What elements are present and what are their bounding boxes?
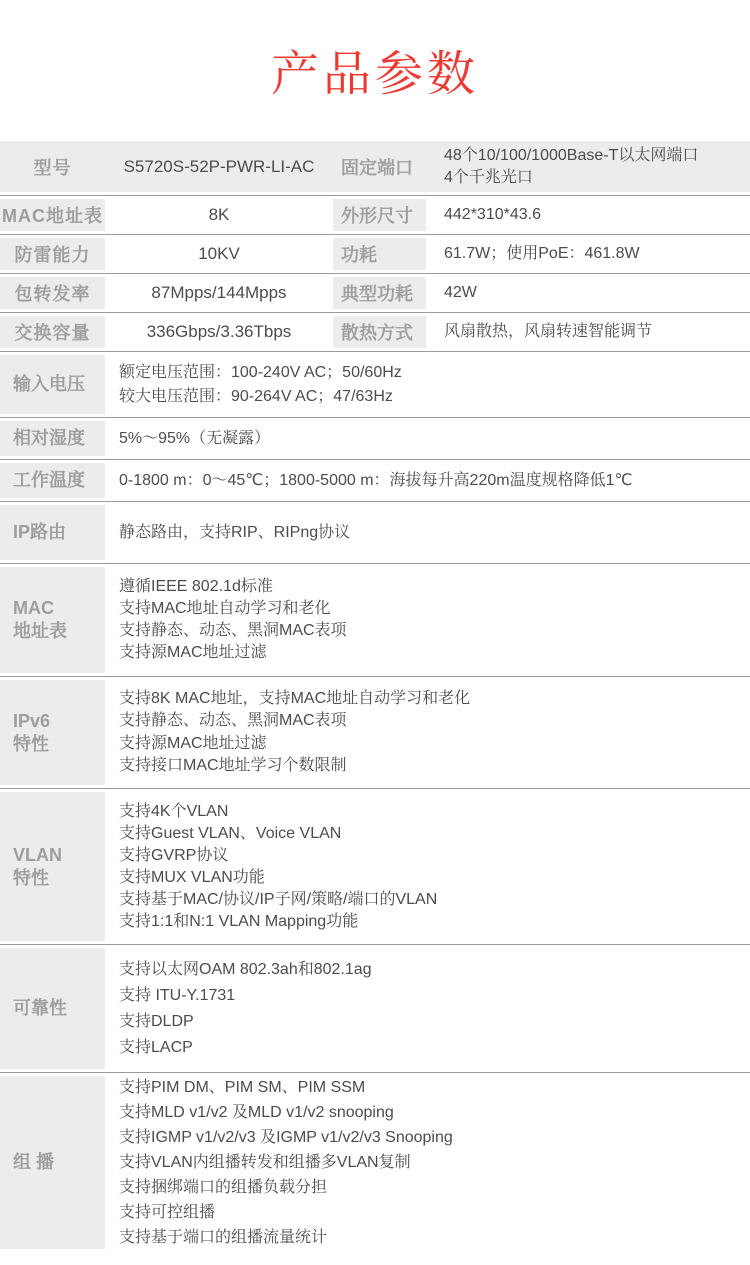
spec-label: 固定端口	[333, 138, 426, 195]
spec-label: 工作温度	[0, 460, 105, 501]
text-line: 5%～95%（无凝露）	[119, 427, 750, 451]
spec-label: 防雷能力	[0, 235, 105, 273]
text-line: 支持基于MAC/协议/IP子网/策略/端口的VLAN	[119, 889, 750, 911]
spec-value: 风扇散热，风扇转速智能调节	[426, 313, 750, 351]
text-line: 支持PIM DM、PIM SM、PIM SSM	[119, 1075, 750, 1100]
text-line: 支持 ITU-Y.1731	[119, 983, 750, 1009]
spec-section: 工作温度 0-1800 m：0～45℃；1800-5000 m：海拔每升高220…	[0, 459, 750, 501]
text-line: MAC	[13, 597, 105, 620]
spec-value: 61.7W；使用PoE：461.8W	[426, 235, 750, 273]
text-line: IPv6	[13, 710, 105, 733]
text-line: VLAN	[13, 844, 105, 867]
spec-label: 典型功耗	[333, 274, 426, 312]
text-line: 地址表	[13, 620, 105, 643]
spec-value: 遵循IEEE 802.1d标准支持MAC地址自动学习和老化支持静态、动态、黑洞M…	[105, 564, 750, 676]
text-line: 支持GVRP协议	[119, 845, 750, 867]
text-line: 支持以太网OAM 802.3ah和802.1ag	[119, 957, 750, 983]
spec-section: MAC地址表 遵循IEEE 802.1d标准支持MAC地址自动学习和老化支持静态…	[0, 563, 750, 676]
spec-row: MAC地址表 8K 外形尺寸 442*310*43.6	[0, 195, 750, 234]
spec-section: 可靠性 支持以太网OAM 802.3ah和802.1ag支持 ITU-Y.173…	[0, 944, 750, 1072]
spec-section: IP路由 静态路由，支持RIP、RIPng协议	[0, 501, 750, 563]
spec-value: 支持PIM DM、PIM SM、PIM SSM支持MLD v1/v2 及MLD …	[105, 1073, 750, 1252]
spec-section: 相对湿度 5%～95%（无凝露）	[0, 417, 750, 459]
spec-label: VLAN特性	[0, 789, 105, 944]
spec-label: 输入电压	[0, 352, 105, 417]
text-line: 支持MAC地址自动学习和老化	[119, 598, 750, 620]
text-line: 442*310*43.6	[444, 204, 750, 226]
text-line: 特性	[13, 733, 105, 756]
spec-row: 防雷能力 10KV 功耗 61.7W；使用PoE：461.8W	[0, 234, 750, 273]
spec-label: 交换容量	[0, 313, 105, 351]
text-line: 支持DLDP	[119, 1009, 750, 1035]
text-line: 支持Guest VLAN、Voice VLAN	[119, 823, 750, 845]
spec-row: 包转发率 87Mpps/144Mpps 典型功耗 42W	[0, 273, 750, 312]
spec-value: 额定电压范围：100-240V AC；50/60Hz较大电压范围：90-264V…	[105, 352, 750, 417]
text-line: 支持LACP	[119, 1035, 750, 1061]
text-line: 支持静态、动态、黑洞MAC表项	[119, 620, 750, 642]
text-line: 支持1:1和N:1 VLAN Mapping功能	[119, 911, 750, 933]
text-line: IP路由	[13, 521, 105, 544]
text-line: 静态路由，支持RIP、RIPng协议	[119, 521, 750, 545]
text-line: 特性	[13, 867, 105, 890]
spec-row: 交换容量 336Gbps/3.36Tbps 散热方式 风扇散热，风扇转速智能调节	[0, 312, 750, 351]
spec-value: S5720S-52P-PWR-LI-AC	[105, 138, 333, 195]
spec-value: 87Mpps/144Mpps	[105, 274, 333, 312]
spec-value: 10KV	[105, 235, 333, 273]
text-line: 0-1800 m：0～45℃；1800-5000 m：海拔每升高220m温度规格…	[119, 469, 750, 493]
spec-section: 组 播 支持PIM DM、PIM SM、PIM SSM支持MLD v1/v2 及…	[0, 1072, 750, 1252]
text-line: 组 播	[13, 1151, 105, 1174]
spec-value: 336Gbps/3.36Tbps	[105, 313, 333, 351]
spec-label: 外形尺寸	[333, 196, 426, 234]
page-title: 产品参数	[271, 35, 479, 104]
text-line: 支持可控组播	[119, 1200, 750, 1225]
spec-value: 8K	[105, 196, 333, 234]
spec-value: 42W	[426, 274, 750, 312]
spec-label: 可靠性	[0, 945, 105, 1072]
spec-section: VLAN特性 支持4K个VLAN支持Guest VLAN、Voice VLAN支…	[0, 788, 750, 944]
text-line: 42W	[444, 282, 750, 304]
text-line: 支持IGMP v1/v2/v3 及IGMP v1/v2/v3 Snooping	[119, 1125, 750, 1150]
spec-value: 442*310*43.6	[426, 196, 750, 234]
text-line: 相对湿度	[13, 427, 105, 450]
text-line: 较大电压范围：90-264V AC；47/63Hz	[119, 385, 750, 409]
spec-table: 型号 S5720S-52P-PWR-LI-AC 固定端口 48个10/100/1…	[0, 138, 750, 1252]
spec-label: IPv6特性	[0, 677, 105, 788]
text-line: 支持4K个VLAN	[119, 801, 750, 823]
spec-label: 组 播	[0, 1073, 105, 1252]
spec-label: 包转发率	[0, 274, 105, 312]
spec-section: 输入电压 额定电压范围：100-240V AC；50/60Hz较大电压范围：90…	[0, 351, 750, 417]
spec-value: 0-1800 m：0～45℃；1800-5000 m：海拔每升高220m温度规格…	[105, 460, 750, 501]
text-line: 支持捆绑端口的组播负载分担	[119, 1175, 750, 1200]
text-line: 风扇散热，风扇转速智能调节	[444, 321, 750, 343]
text-line: 支持MUX VLAN功能	[119, 867, 750, 889]
spec-value: 支持8K MAC地址，支持MAC地址自动学习和老化支持静态、动态、黑洞MAC表项…	[105, 677, 750, 788]
text-line: 支持MLD v1/v2 及MLD v1/v2 snooping	[119, 1100, 750, 1125]
text-line: 支持VLAN内组播转发和组播多VLAN复制	[119, 1150, 750, 1175]
text-line: 支持8K MAC地址，支持MAC地址自动学习和老化	[119, 688, 750, 711]
spec-value: 静态路由，支持RIP、RIPng协议	[105, 502, 750, 563]
spec-value: 5%～95%（无凝露）	[105, 418, 750, 459]
spec-label: IP路由	[0, 502, 105, 563]
text-line: 支持接口MAC地址学习个数限制	[119, 755, 750, 778]
text-line: 支持源MAC地址过滤	[119, 642, 750, 664]
text-line: 支持源MAC地址过滤	[119, 733, 750, 756]
text-line: 48个10/100/1000Base-T以太网端口	[444, 145, 750, 167]
page-header: 产品参数	[0, 0, 750, 138]
spec-label: MAC地址表	[0, 564, 105, 676]
spec-label: MAC地址表	[0, 196, 105, 234]
product-spec-page: 产品参数 型号 S5720S-52P-PWR-LI-AC 固定端口 48个10/…	[0, 0, 750, 1265]
text-line: 支持基于端口的组播流量统计	[119, 1225, 750, 1250]
spec-label: 相对湿度	[0, 418, 105, 459]
spec-value: 48个10/100/1000Base-T以太网端口4个千兆光口	[426, 138, 750, 195]
text-line: 4个千兆光口	[444, 167, 750, 189]
spec-value: 支持以太网OAM 802.3ah和802.1ag支持 ITU-Y.1731支持D…	[105, 945, 750, 1072]
spec-row: 型号 S5720S-52P-PWR-LI-AC 固定端口 48个10/100/1…	[0, 138, 750, 195]
text-line: 61.7W；使用PoE：461.8W	[444, 243, 750, 265]
spec-label: 散热方式	[333, 313, 426, 351]
text-line: 额定电压范围：100-240V AC；50/60Hz	[119, 361, 750, 385]
spec-label: 功耗	[333, 235, 426, 273]
text-line: 可靠性	[13, 997, 105, 1020]
spec-value: 支持4K个VLAN支持Guest VLAN、Voice VLAN支持GVRP协议…	[105, 789, 750, 944]
text-line: 输入电压	[13, 373, 105, 396]
text-line: 支持静态、动态、黑洞MAC表项	[119, 710, 750, 733]
text-line: 工作温度	[13, 469, 105, 492]
spec-section: IPv6特性 支持8K MAC地址，支持MAC地址自动学习和老化支持静态、动态、…	[0, 676, 750, 788]
spec-label: 型号	[0, 138, 105, 195]
text-line: 遵循IEEE 802.1d标准	[119, 576, 750, 598]
